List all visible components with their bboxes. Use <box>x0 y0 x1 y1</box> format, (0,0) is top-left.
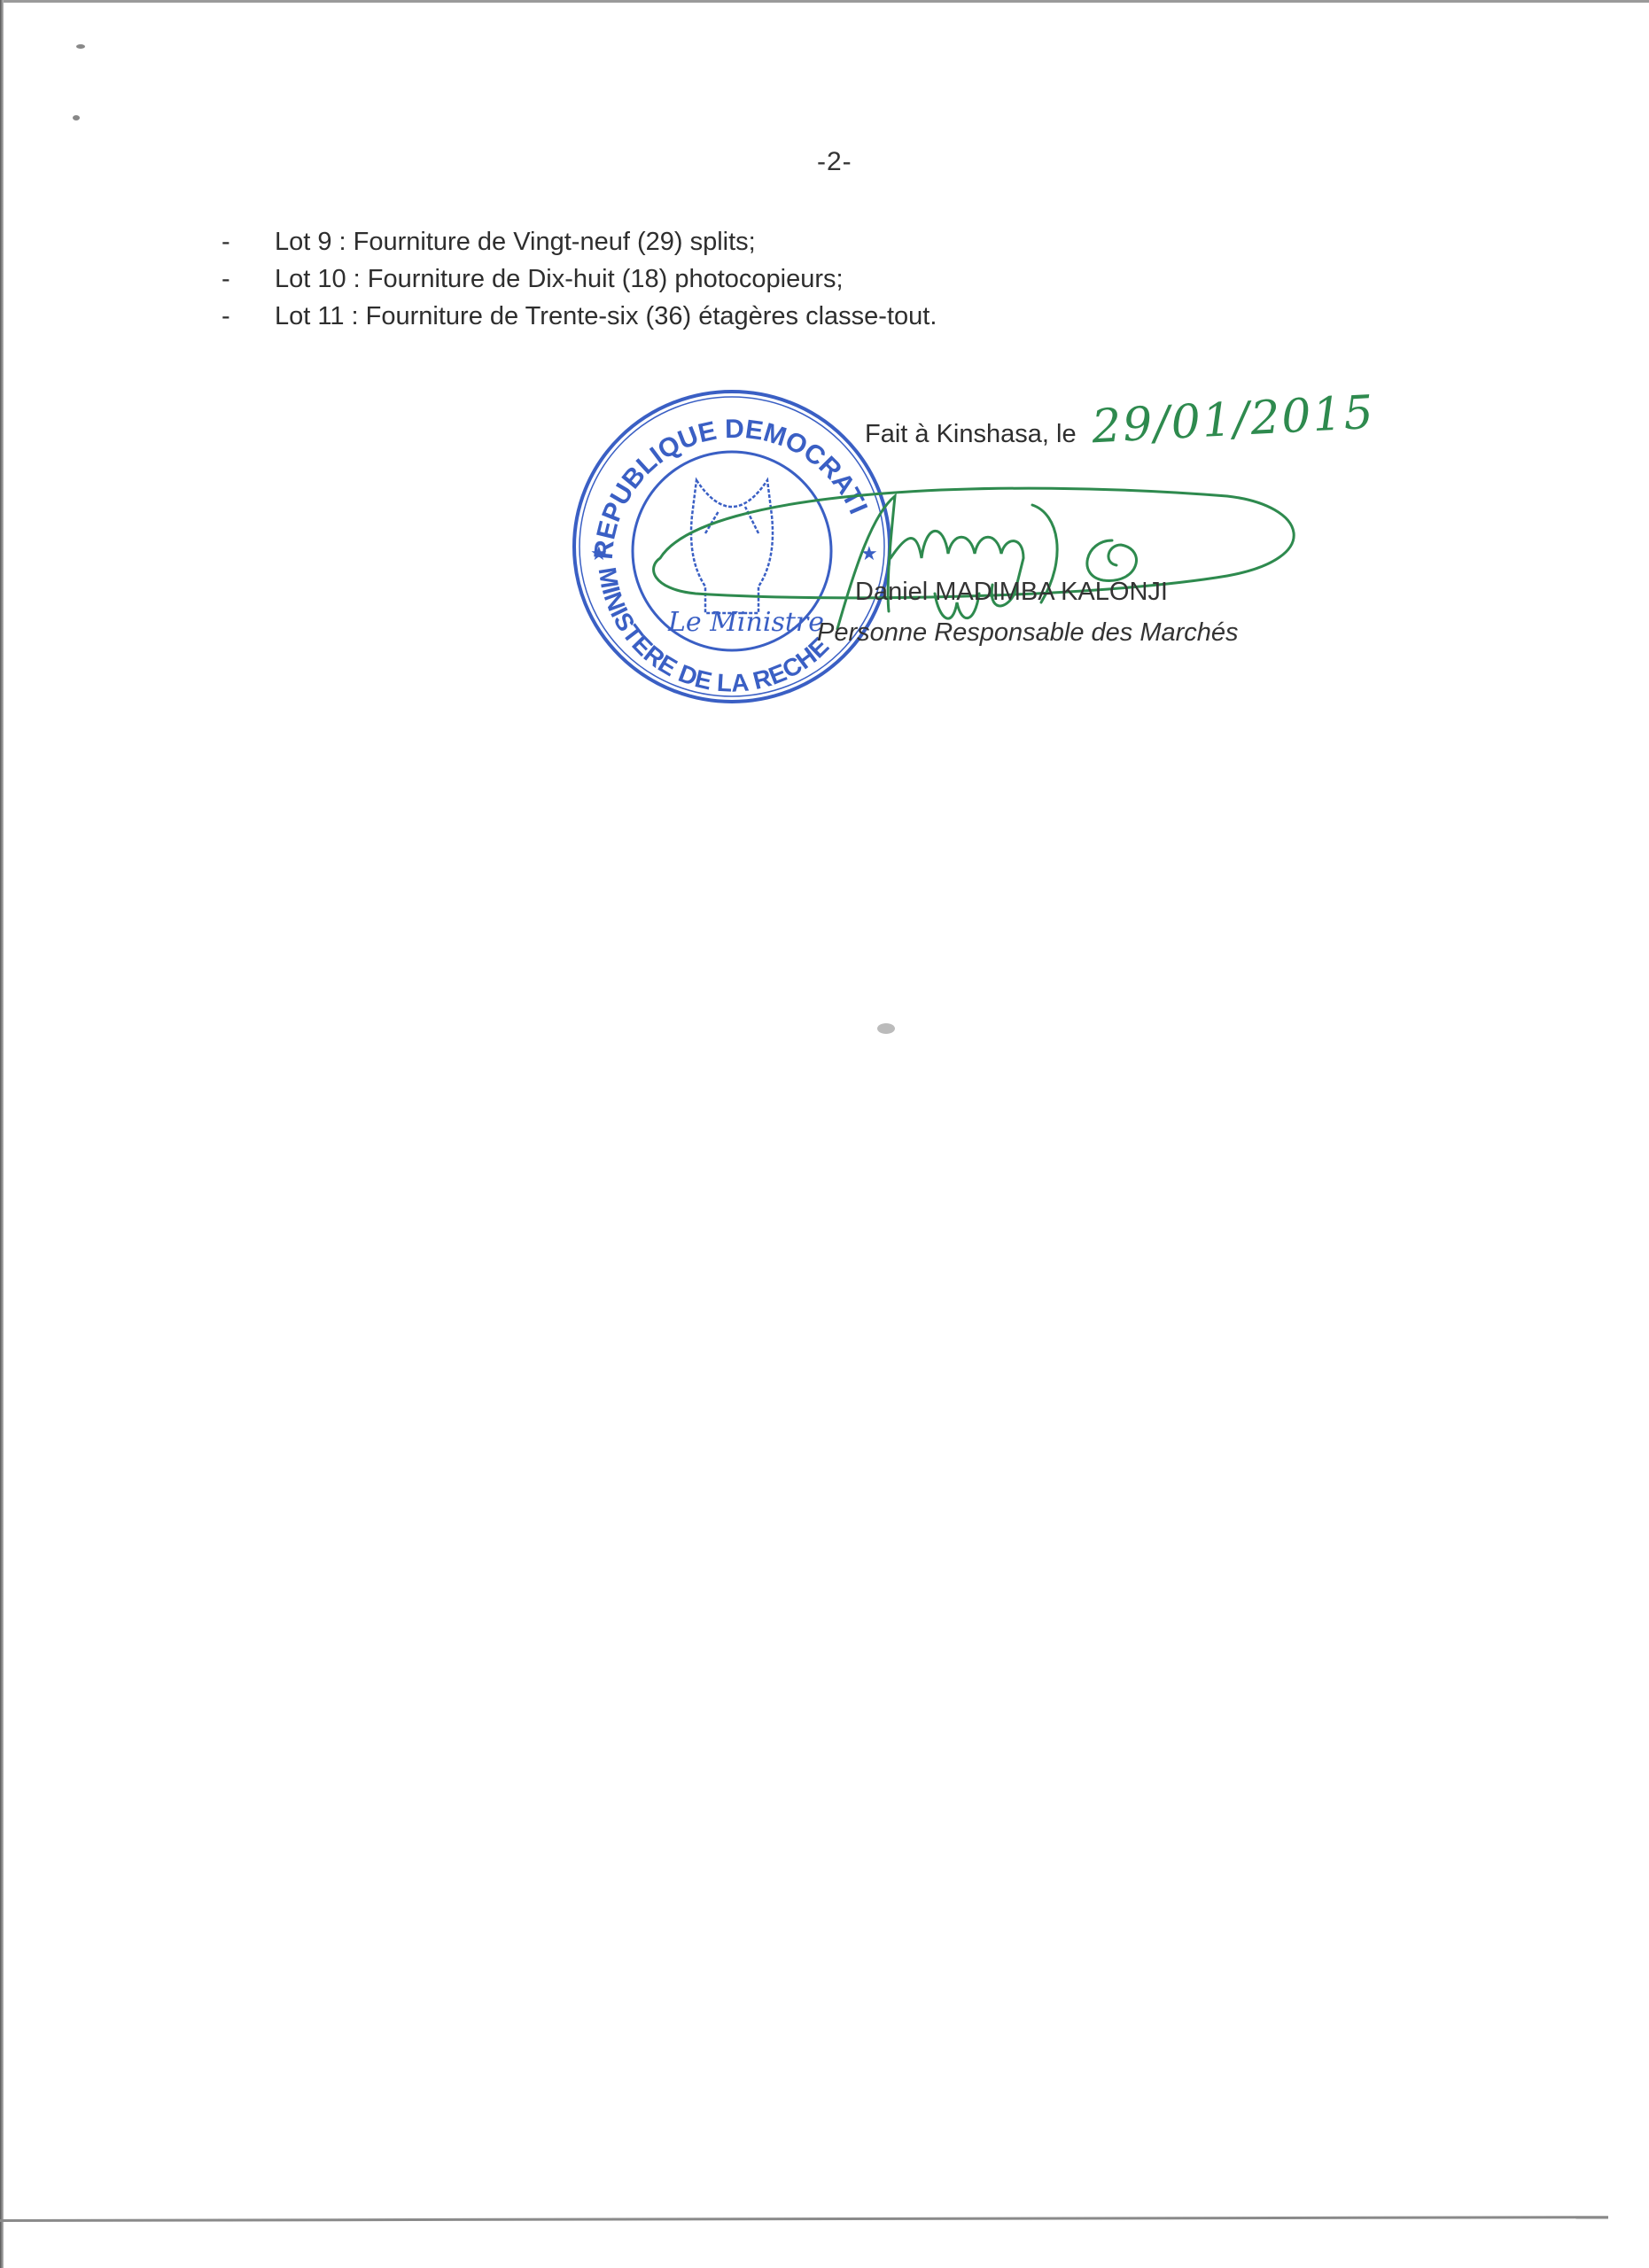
scan-speck <box>76 44 85 49</box>
scan-left-edge <box>0 0 4 2268</box>
scan-top-edge <box>0 0 1649 3</box>
signer-title: Personne Responsable des Marchés <box>817 618 1239 648</box>
lot-text: Lot 11 : Fourniture de Trente-six (36) é… <box>275 298 937 335</box>
list-item: -Lot 10 : Fourniture de Dix-huit (18) ph… <box>222 260 937 298</box>
lot-text: Lot 9 : Fourniture de Vingt-neuf (29) sp… <box>275 223 756 260</box>
scan-bottom-edge <box>0 2216 1608 2222</box>
bullet-dash: - <box>222 298 275 335</box>
signer-name: Daniel MADIMBA KALONJI <box>855 578 1168 607</box>
scan-speck <box>877 1023 895 1034</box>
place-line: Fait à Kinshasa, le <box>865 420 1077 449</box>
bullet-dash: - <box>222 260 275 298</box>
list-item: -Lot 9 : Fourniture de Vingt-neuf (29) s… <box>222 223 937 260</box>
page-number: -2- <box>817 147 852 177</box>
bullet-dash: - <box>222 223 275 260</box>
svg-text:★: ★ <box>590 542 608 564</box>
lot-list: -Lot 9 : Fourniture de Vingt-neuf (29) s… <box>222 223 937 335</box>
lot-text: Lot 10 : Fourniture de Dix-huit (18) pho… <box>275 260 844 298</box>
handwritten-date: 29/01/2015 <box>1091 386 1376 454</box>
list-item: -Lot 11 : Fourniture de Trente-six (36) … <box>222 298 937 335</box>
scan-speck <box>73 115 80 120</box>
scanned-page: -2- -Lot 9 : Fourniture de Vingt-neuf (2… <box>0 0 1649 2268</box>
